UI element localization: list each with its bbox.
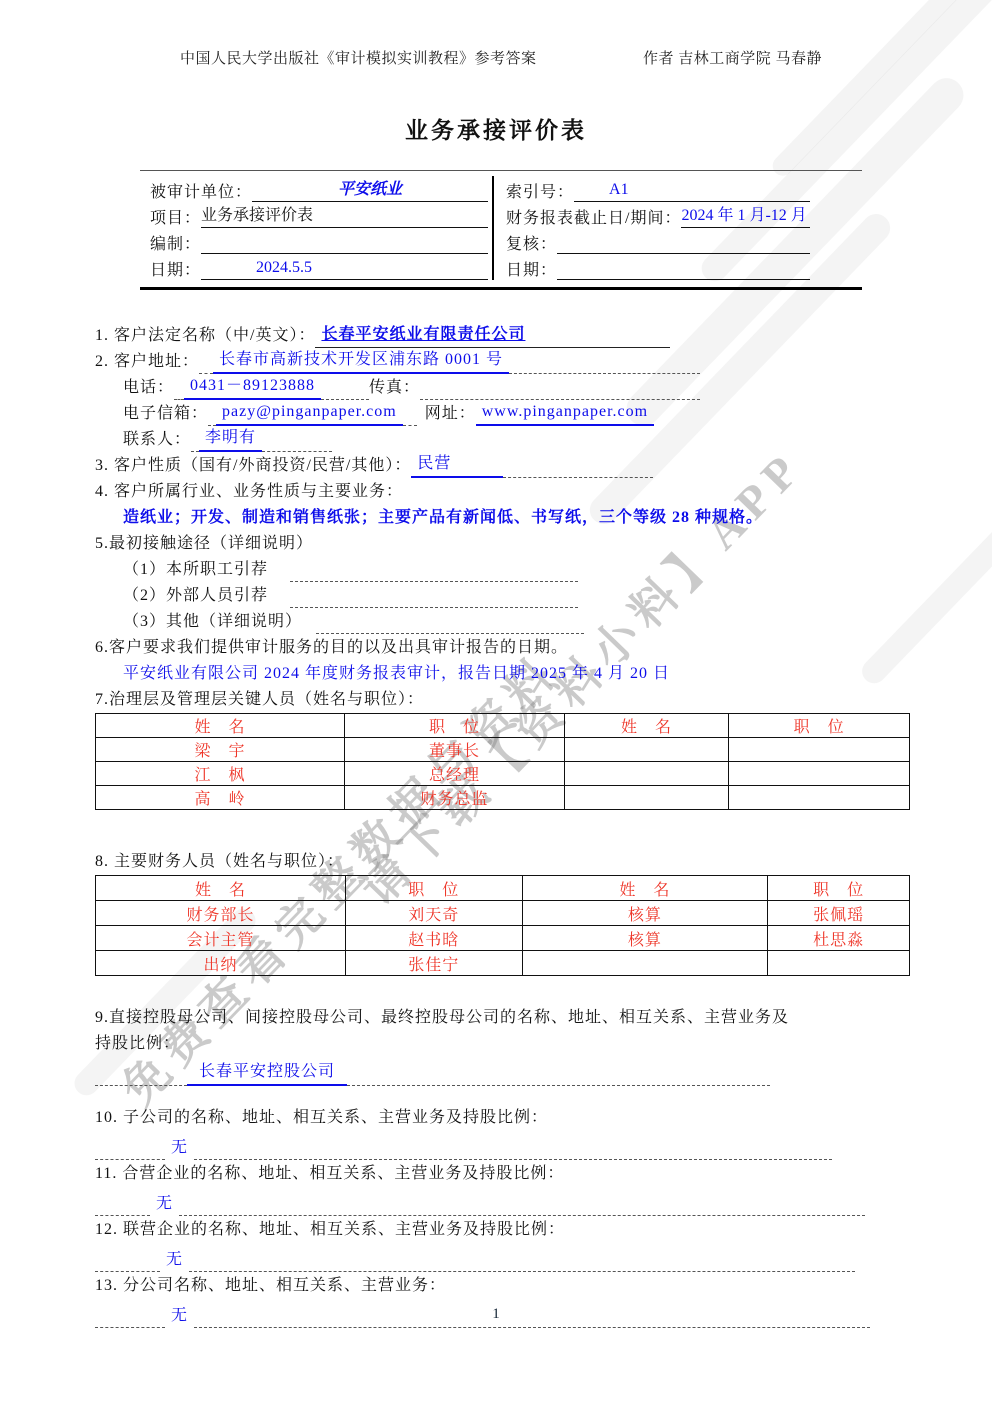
cell-name: 高 岭 xyxy=(96,786,345,810)
cell-role: 核算 xyxy=(522,901,768,926)
item-5-sub2-row: （2）外部人员引荐 xyxy=(95,582,910,608)
blank-line xyxy=(420,380,700,400)
blank-line xyxy=(95,1252,160,1272)
item-12-answer-row: 无 xyxy=(95,1242,910,1272)
spacer xyxy=(95,1086,910,1104)
blank-line xyxy=(321,380,369,400)
cell-name: 刘天奇 xyxy=(345,901,522,926)
item-13-label-row: 13. 分公司名称、地址、相互关系、主营业务： xyxy=(95,1272,910,1298)
col-header-position: 职 位 xyxy=(345,714,565,738)
item-11-label-row: 11. 合营企业的名称、地址、相互关系、主营业务及持股比例： xyxy=(95,1160,910,1186)
cell-position xyxy=(729,786,910,810)
field-underline: 2024 年 1 月-12 月 xyxy=(681,204,810,228)
item-1-label: 1. 客户法定名称（中/英文）： xyxy=(95,323,315,348)
item-13-label: 13. 分公司名称、地址、相互关系、主营业务： xyxy=(95,1273,446,1298)
field-value: 2024.5.5 xyxy=(256,259,312,276)
blank-line xyxy=(174,380,184,400)
item-5-sub2-label: （2）外部人员引荐 xyxy=(123,583,268,608)
item-12-label: 12. 联营企业的名称、地址、相互关系、主营业务及持股比例： xyxy=(95,1217,565,1242)
table-row: 梁 宇 董事长 xyxy=(96,738,910,762)
cell-role: 核算 xyxy=(522,926,768,951)
cell-position xyxy=(729,738,910,762)
blank-line xyxy=(316,614,584,634)
field-label: 日期： xyxy=(150,257,201,280)
col-header-name: 姓 名 xyxy=(564,714,728,738)
item-2-label: 2. 客户地址： xyxy=(95,349,199,374)
blank-line xyxy=(262,432,332,452)
field-value: A1 xyxy=(609,181,629,198)
contact-label: 联系人： xyxy=(123,427,191,452)
phone-label: 电话： xyxy=(123,375,174,400)
col-header-name: 姓 名 xyxy=(96,714,345,738)
item-4-answer-row: 造纸业；开发、制造和销售纸张；主要产品有新闻低、书写纸，三个等级 28 种规格。 xyxy=(95,504,910,530)
col-header-position: 职 位 xyxy=(768,876,910,901)
cell-name: 赵书晗 xyxy=(345,926,522,951)
item-10-label-row: 10. 子公司的名称、地址、相互关系、主营业务及持股比例： xyxy=(95,1104,910,1130)
info-box-right-column: 索引号： A1 财务报表截止日/期间： 2024 年 1 月-12 月 复核： … xyxy=(492,176,862,280)
item-4-label: 4. 客户所属行业、业务性质与主要业务： xyxy=(95,479,403,504)
table-row: 出纳 张佳宁 xyxy=(96,951,910,976)
item-5-sub1-row: （1）本所职工引荐 xyxy=(95,556,910,582)
field-preparer: 编制： xyxy=(150,228,488,254)
blank-line xyxy=(290,588,578,608)
blank-line xyxy=(509,354,700,374)
item-5-sub3-row: （3）其他（详细说明） xyxy=(95,608,910,634)
item-3-row: 3. 客户性质（国有/外商投资/民营/其他）： 民营 xyxy=(95,452,910,478)
field-label: 索引号： xyxy=(506,179,574,202)
item-2-contact-row: 联系人： 李明有 xyxy=(95,426,910,452)
cell-name: 张佩瑶 xyxy=(768,901,910,926)
spacer xyxy=(95,810,910,848)
fax-label: 传真： xyxy=(369,375,420,400)
blank-line xyxy=(194,1140,832,1160)
field-label: 日期： xyxy=(506,257,557,280)
document-content: 中国人民大学出版社《审计模拟实训教程》参考答案 作者 吉林工商学院 马春静 业务… xyxy=(0,0,992,1403)
col-header-name: 姓 名 xyxy=(96,876,346,901)
field-value: 平安纸业 xyxy=(338,181,402,198)
item-8-label-row: 8. 主要财务人员（姓名与职位）： xyxy=(95,848,910,874)
item-7-label: 7.治理层及管理层关键人员（姓名与职位）： xyxy=(95,687,424,712)
cell-role: 出纳 xyxy=(96,951,346,976)
item-6-answer: 平安纸业有限公司 2024 年度财务报表审计，报告日期 2025 年 4 月 2… xyxy=(95,661,670,686)
blank-line xyxy=(208,406,216,426)
item-5-label: 5.最初接触途径（详细说明） xyxy=(95,531,313,556)
field-project: 项目： 业务承接评价表 xyxy=(150,202,488,228)
cell-role: 财务部长 xyxy=(96,901,346,926)
info-box: 被审计单位： 平安纸业 项目： 业务承接评价表 编制： 日期： 2024.5.5 xyxy=(140,170,862,290)
item-12-answer: 无 xyxy=(160,1247,189,1272)
item-2-phone-row: 电话： 0431－89123888 传真： xyxy=(95,374,910,400)
item-5-label-row: 5.最初接触途径（详细说明） xyxy=(95,530,910,556)
item-10-label: 10. 子公司的名称、地址、相互关系、主营业务及持股比例： xyxy=(95,1105,548,1130)
field-underline xyxy=(557,256,810,280)
item-12-label-row: 12. 联营企业的名称、地址、相互关系、主营业务及持股比例： xyxy=(95,1216,910,1242)
table-row: 财务部长 刘天奇 核算 张佩瑶 xyxy=(96,901,910,926)
blank-line xyxy=(290,562,578,582)
item-9-label-row1: 9.直接控股母公司、间接控股母公司、最终控股母公司的名称、地址、相互关系、主营业… xyxy=(95,1004,910,1030)
cell-name xyxy=(768,951,910,976)
item-1-value: 长春平安纸业有限责任公司 xyxy=(315,326,531,343)
cell-name: 梁 宇 xyxy=(96,738,345,762)
form-body: 1. 客户法定名称（中/英文）： 长春平安纸业有限责任公司 2. 客户地址： 长… xyxy=(95,322,910,1328)
spacer xyxy=(95,976,910,1004)
field-date-left: 日期： 2024.5.5 xyxy=(150,254,488,280)
item-9-answer-row: 长春平安控股公司 xyxy=(95,1056,910,1086)
item-4-label-row: 4. 客户所属行业、业务性质与主要业务： xyxy=(95,478,910,504)
table-row: 高 岭 财务总监 xyxy=(96,786,910,810)
document-page: 免费查看完整数据与资料 请下载【资料小料】APP 中国人民大学出版社《审计模拟实… xyxy=(0,0,992,1403)
governance-table-wrap: 姓 名 职 位 姓 名 职 位 梁 宇 董事长 江 枫 总经理 xyxy=(95,713,910,810)
field-label: 项目： xyxy=(150,205,201,228)
cell-position xyxy=(729,762,910,786)
web-value: www.pinganpaper.com xyxy=(476,399,654,426)
cell-position: 总经理 xyxy=(345,762,565,786)
field-label: 复核： xyxy=(506,231,557,254)
item-6-answer-row: 平安纸业有限公司 2024 年度财务报表审计，报告日期 2025 年 4 月 2… xyxy=(95,660,910,686)
cell-role: 会计主管 xyxy=(96,926,346,951)
running-header-left: 中国人民大学出版社《审计模拟实训教程》参考答案 xyxy=(180,47,537,68)
blank-line xyxy=(199,354,213,374)
cell-name xyxy=(564,786,728,810)
cell-name xyxy=(564,738,728,762)
item-3-value: 民营 xyxy=(411,451,503,478)
cell-position: 董事长 xyxy=(345,738,565,762)
item-6-label: 6.客户要求我们提供审计服务的目的以及出具审计报告的日期。 xyxy=(95,635,568,660)
field-value: 2024 年 1 月-12 月 xyxy=(681,207,806,224)
blank-line xyxy=(95,1140,165,1160)
item-4-answer: 造纸业；开发、制造和销售纸张；主要产品有新闻低、书写纸，三个等级 28 种规格。 xyxy=(95,505,763,530)
item-3-label: 3. 客户性质（国有/外商投资/民营/其他）： xyxy=(95,453,411,478)
col-header-name: 姓 名 xyxy=(522,876,768,901)
field-index-number: 索引号： A1 xyxy=(506,176,810,202)
table-header-row: 姓 名 职 位 姓 名 职 位 xyxy=(96,714,910,738)
item-9-answer: 长春平安控股公司 xyxy=(187,1059,347,1086)
item-5-sub1-label: （1）本所职工引荐 xyxy=(123,557,268,582)
item-1-row: 1. 客户法定名称（中/英文）： 长春平安纸业有限责任公司 xyxy=(95,322,910,348)
item-10-answer-row: 无 xyxy=(95,1130,910,1160)
col-header-position: 职 位 xyxy=(729,714,910,738)
table-header-row: 姓 名 职 位 姓 名 职 位 xyxy=(96,876,910,901)
table-row: 江 枫 总经理 xyxy=(96,762,910,786)
field-label: 编制： xyxy=(150,231,201,254)
running-header: 中国人民大学出版社《审计模拟实训教程》参考答案 作者 吉林工商学院 马春静 xyxy=(180,47,822,68)
field-underline: A1 xyxy=(574,178,810,202)
item-10-answer: 无 xyxy=(165,1135,194,1160)
running-header-right: 作者 吉林工商学院 马春静 xyxy=(643,47,822,68)
blank-line xyxy=(95,1066,187,1086)
cell-name: 江 枫 xyxy=(96,762,345,786)
item-11-answer-row: 无 xyxy=(95,1186,910,1216)
blank-line xyxy=(191,432,199,452)
cell-name: 张佳宁 xyxy=(345,951,522,976)
field-underline xyxy=(557,230,810,254)
field-audited-entity: 被审计单位： 平安纸业 xyxy=(150,176,488,202)
field-underline: 业务承接评价表 xyxy=(201,204,488,228)
page-title: 业务承接评价表 xyxy=(0,112,992,145)
table-row: 会计主管 赵书晗 核算 杜思淼 xyxy=(96,926,910,951)
item-11-answer: 无 xyxy=(150,1191,179,1216)
contact-value: 李明有 xyxy=(199,425,262,452)
item-9-label-line1: 9.直接控股母公司、间接控股母公司、最终控股母公司的名称、地址、相互关系、主营业… xyxy=(95,1005,789,1030)
email-value: pazy@pinganpaper.com xyxy=(216,399,403,426)
blank-line xyxy=(179,1196,865,1216)
item-1-line: 长春平安纸业有限责任公司 xyxy=(315,322,670,348)
item-9-label-line2: 持股比例： xyxy=(95,1031,180,1056)
item-9-label-row2: 持股比例： xyxy=(95,1030,910,1056)
col-header-position: 职 位 xyxy=(345,876,522,901)
phone-value: 0431－89123888 xyxy=(184,373,321,400)
field-fs-period: 财务报表截止日/期间： 2024 年 1 月-12 月 xyxy=(506,202,810,228)
item-2-email-row: 电子信箱： pazy@pinganpaper.com 网址： www.pinga… xyxy=(95,400,910,426)
field-underline xyxy=(201,230,488,254)
info-box-left-column: 被审计单位： 平安纸业 项目： 业务承接评价表 编制： 日期： 2024.5.5 xyxy=(140,176,492,280)
item-6-label-row: 6.客户要求我们提供审计服务的目的以及出具审计报告的日期。 xyxy=(95,634,910,660)
field-date-right: 日期： xyxy=(506,254,810,280)
blank-line xyxy=(95,1196,150,1216)
field-reviewer: 复核： xyxy=(506,228,810,254)
finance-staff-table: 姓 名 职 位 姓 名 职 位 财务部长 刘天奇 核算 张佩瑶 会计主管 赵书晗 xyxy=(95,875,910,976)
field-underline: 2024.5.5 xyxy=(201,256,488,280)
item-7-label-row: 7.治理层及管理层关键人员（姓名与职位）： xyxy=(95,686,910,712)
email-label: 电子信箱： xyxy=(123,401,208,426)
blank-line xyxy=(503,458,653,478)
item-11-label: 11. 合营企业的名称、地址、相互关系、主营业务及持股比例： xyxy=(95,1161,564,1186)
item-2-address-value: 长春市高新技术开发区浦东路 0001 号 xyxy=(213,347,509,374)
cell-name: 杜思淼 xyxy=(768,926,910,951)
blank-line xyxy=(347,1066,770,1086)
cell-name xyxy=(564,762,728,786)
item-5-sub3-label: （3）其他（详细说明） xyxy=(123,609,302,634)
cell-role xyxy=(522,951,768,976)
blank-line xyxy=(403,406,417,426)
page-number: 1 xyxy=(0,1306,992,1323)
item-2-address-row: 2. 客户地址： 长春市高新技术开发区浦东路 0001 号 xyxy=(95,348,910,374)
item-8-label: 8. 主要财务人员（姓名与职位）： xyxy=(95,849,344,874)
field-value: 业务承接评价表 xyxy=(201,207,313,224)
field-label: 被审计单位： xyxy=(150,179,252,202)
finance-staff-table-wrap: 姓 名 职 位 姓 名 职 位 财务部长 刘天奇 核算 张佩瑶 会计主管 赵书晗 xyxy=(95,875,910,976)
cell-position: 财务总监 xyxy=(345,786,565,810)
field-label: 财务报表截止日/期间： xyxy=(506,205,681,228)
governance-table: 姓 名 职 位 姓 名 职 位 梁 宇 董事长 江 枫 总经理 xyxy=(95,713,910,810)
blank-line xyxy=(189,1252,855,1272)
web-label: 网址： xyxy=(417,401,476,426)
field-underline: 平安纸业 xyxy=(252,178,488,202)
